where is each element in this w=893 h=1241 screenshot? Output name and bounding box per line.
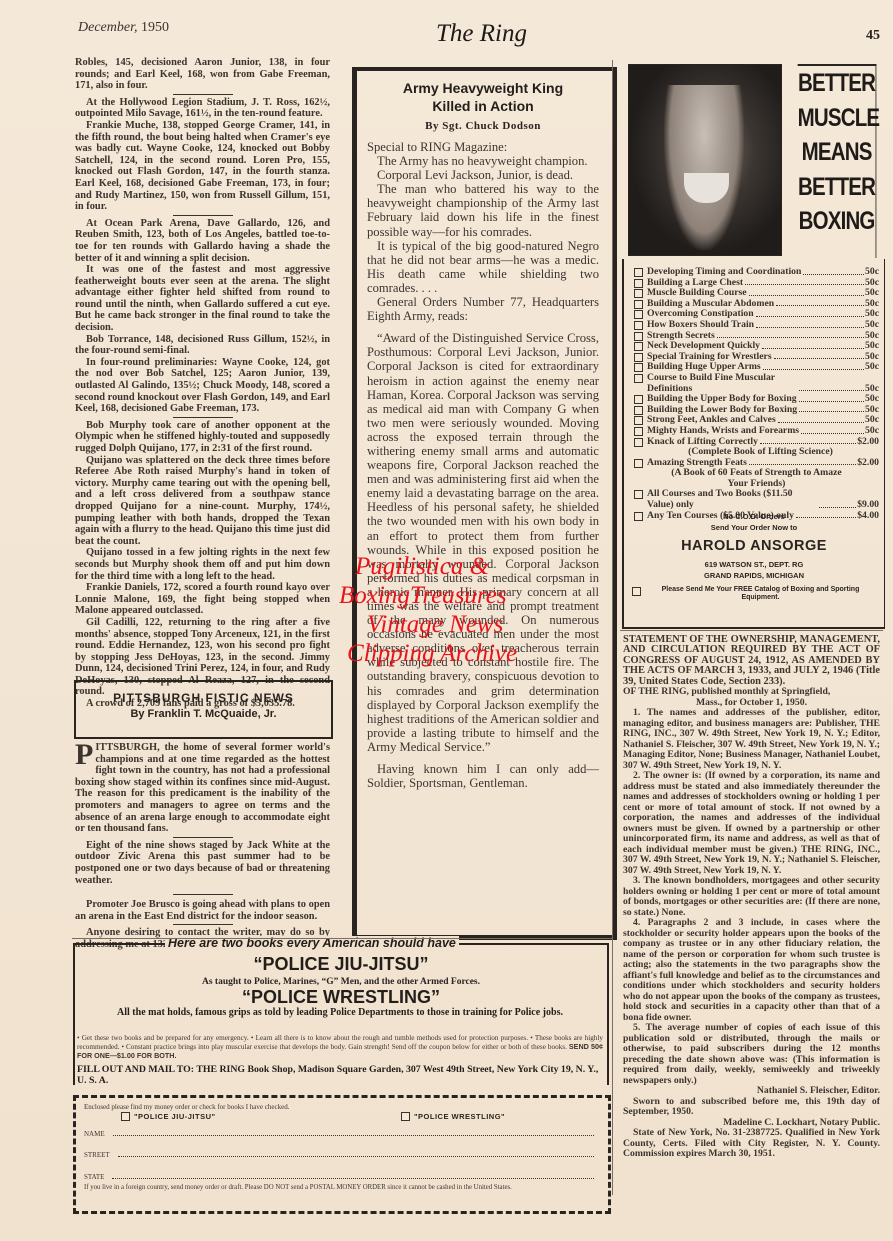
checkbox[interactable] [401,1112,410,1121]
checkbox[interactable] [634,395,643,404]
book-subtitle: As taught to Police, Marines, “G” Men, a… [75,977,607,987]
signature: Nathaniel S. Fleischer, Editor. [623,1086,880,1097]
paragraph: General Orders Number 77, Headquarters E… [367,295,599,323]
checkbox[interactable] [634,268,643,277]
paragraph: 1. The names and addresses of the publis… [623,708,880,771]
paragraph: At the Hollywood Legion Stadium, J. T. R… [75,97,330,120]
course-item[interactable]: Developing Timing and Coordination50c [634,267,879,278]
catalog-request-option[interactable]: Please Send Me Your FREE Catalog of Boxi… [624,586,884,602]
street-field[interactable]: STREET [84,1151,594,1159]
pittsburgh-header-box: PITTSBURGH FISTIC NEWS By Franklin T. Mc… [74,680,333,739]
order-form-box: Developing Timing and Coordination50c Bu… [622,259,885,629]
divider [173,417,233,418]
ad-body: • Get these two books and be prepared fo… [77,1035,603,1060]
divider [173,215,233,216]
checkbox[interactable] [634,321,643,330]
paragraph: It was one of the fastest and most aggre… [75,264,330,334]
army-article-box: Army Heavyweight King Killed in Action B… [352,67,617,940]
section-title: PITTSBURGH FISTIC NEWS [76,691,331,705]
checkbox[interactable] [634,438,643,447]
checkbox[interactable] [634,490,643,499]
fight-results-column: Robles, 145, decisioned Aaron Junior, 13… [75,57,330,710]
checkbox[interactable] [121,1112,130,1121]
bodybuilder-photo [628,64,782,256]
paragraph: Quijano tossed in a few jolting rights i… [75,547,330,582]
article-body: Special to RING Magazine: The Army has n… [367,140,599,790]
paragraph: 4. Paragraphs 2 and 3 include, in cases … [623,918,880,1023]
checkbox[interactable] [634,300,643,309]
mail-to-address: FILL OUT AND MAIL TO: THE RING Book Shop… [77,1065,603,1086]
paragraph: State of New York, No. 31-2387725. Quali… [623,1128,880,1160]
divider [173,894,233,895]
wrestling-option[interactable]: "POLICE WRESTLING" [401,1111,505,1121]
police-books-ad: Here are two books every American should… [73,943,609,1085]
checkbox[interactable] [632,587,641,596]
checkbox[interactable] [634,427,643,436]
magazine-title: The Ring [436,20,527,48]
checkbox[interactable] [634,310,643,319]
paragraph: Robles, 145, decisioned Aaron Junior, 13… [75,57,330,92]
paragraph: At Ocean Park Arena, Dave Gallardo, 126,… [75,218,330,264]
magazine-page: December, 1950 The Ring 45 Robles, 145, … [0,0,893,1241]
drop-cap: P [75,743,93,767]
checkbox[interactable] [634,353,643,362]
paragraph: Corporal Levi Jackson, Junior, is dead. [367,168,599,182]
state-field[interactable]: STATE [84,1173,594,1181]
checkbox[interactable] [634,279,643,288]
paragraph: Frankie Muche, 138, stopped George Crame… [75,120,330,213]
byline: By Franklin T. McQuaide, Jr. [76,708,331,720]
checkbox[interactable] [634,342,643,351]
paragraph: Sworn to and subscribed before me, this … [623,1097,880,1118]
ad-headline: BETTER MUSCLE MEANS BETTER BOXING [798,64,877,258]
divider [173,837,233,838]
issue-date: December, 1950 [78,20,169,36]
citation-paragraph: “Award of the Distinguished Service Cros… [367,331,599,754]
checkbox[interactable] [634,416,643,425]
book-title: “POLICE JIU-JITSU” [75,954,607,975]
divider [173,94,233,95]
paragraph: In four-round preliminaries: Wayne Cooke… [75,357,330,415]
course-item[interactable]: How Boxers Should Train50c [634,320,879,331]
paragraph: Quijano was splattered on the deck three… [75,455,330,548]
checkbox[interactable] [634,406,643,415]
paragraph: Eight of the nine shows staged by Jack W… [75,840,330,886]
company-address: 619 WATSON ST., DEPT. RG GRAND RAPIDS, M… [624,559,884,581]
paragraph: 2. The owner is: (If owned by a corporat… [623,771,880,876]
order-instructions: No C.O.D. Orders Send Your Order Now to … [624,511,884,602]
paragraph: Special to RING Magazine: [367,140,599,154]
paragraph: Frankie Daniels, 172, scored a fourth ro… [75,582,330,617]
course-item[interactable]: Course to Build Fine Muscular Definition… [634,373,879,394]
statement-heading: STATEMENT OF THE OWNERSHIP, MANAGEMENT, … [623,635,880,687]
paragraph: 5. The average number of copies of each … [623,1023,880,1086]
paragraph: Bob Torrance, 148, decisioned Russ Gillu… [75,334,330,357]
order-coupon: Enclosed please find my money order or c… [73,1095,611,1214]
divider [620,630,883,631]
column-divider [612,60,613,1195]
checkbox[interactable] [634,289,643,298]
article-title: Army Heavyweight King Killed in Action [367,79,599,115]
closing-paragraph: Having known him I can only add—Soldier,… [367,762,599,790]
pittsburgh-article: PITTSBURGH, the home of several former w… [75,742,330,951]
divider [173,924,233,925]
course-list: Developing Timing and Coordination50c Bu… [634,267,879,521]
name-field[interactable]: NAME [84,1130,594,1138]
ownership-statement: STATEMENT OF THE OWNERSHIP, MANAGEMENT, … [623,635,880,1160]
paragraph: The Army has no heavyweight champion. [367,154,599,168]
book-subtitle: All the mat holds, famous grips as told … [77,1008,603,1019]
page-number: 45 [866,28,880,44]
jiu-jitsu-option[interactable]: "POLICE JIU-JITSU" [121,1111,216,1121]
checkbox[interactable] [634,459,643,468]
paragraph: Promoter Joe Brusco is going ahead with … [75,899,330,922]
checkbox[interactable] [634,363,643,372]
course-item[interactable]: All Courses and Two Books ($11.50 Value)… [634,489,879,510]
paragraph: It is typical of the big good-natured Ne… [367,239,599,295]
byline: By Sgt. Chuck Dodson [367,120,599,132]
muscle-course-ad: BETTER MUSCLE MEANS BETTER BOXING Develo… [622,63,884,627]
paragraph: The man who battered his way to the heav… [367,182,599,238]
checkbox[interactable] [634,332,643,341]
divider [72,938,612,939]
book-title: “POLICE WRESTLING” [75,987,607,1008]
checkbox[interactable] [634,374,643,383]
item-note: (A Book of 60 Feats of Strength to Amaze… [634,468,879,489]
company-name: HAROLD ANSORGE [624,538,884,554]
foreign-order-note: If you live in a foreign country, send m… [84,1184,594,1192]
paragraph: Bob Murphy took care of another opponent… [75,420,330,455]
course-item[interactable]: Mighty Hands, Wrists and Forearms50c [634,426,879,437]
paragraph: 3. The known bondholders, mortgagees and… [623,876,880,918]
lead-paragraph: PITTSBURGH, the home of several former w… [75,742,330,835]
